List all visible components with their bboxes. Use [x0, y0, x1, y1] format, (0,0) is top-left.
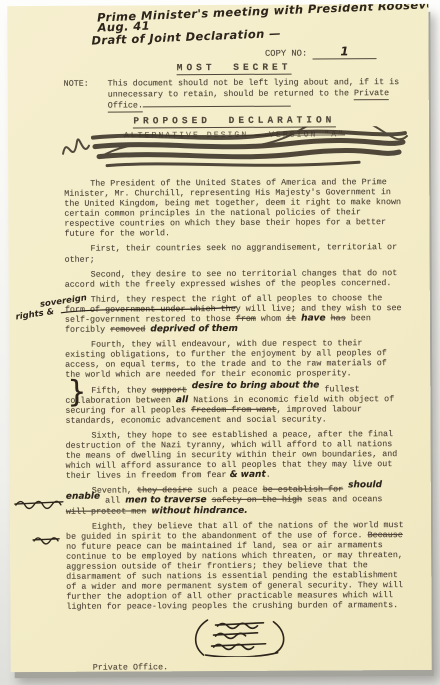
copy-no-label: COPY NO: [265, 49, 307, 59]
crossed-out-handwriting-scribble [181, 616, 293, 657]
paragraph-intro: The President of the United States of Am… [64, 177, 405, 239]
note-label: NOTE: [64, 79, 98, 110]
paragraph-fourth: Fourth, they will endeavour, with due re… [65, 338, 406, 380]
struck-margin-handwriting [14, 496, 64, 512]
ink-scribble-overlay [58, 126, 410, 176]
document-page: Prime Minister's meeting with President … [7, 4, 431, 672]
margin-bracket: } [41, 387, 86, 397]
illegible-margin-mark [32, 533, 60, 547]
crossed-out-handwriting [177, 616, 297, 660]
paragraph-eighth: Eighth, they believe that all of the nat… [66, 520, 407, 613]
insertion-sweep-line [59, 302, 239, 317]
note-text: This document should not be left lying a… [108, 77, 405, 110]
document-title: PROPOSED DECLARATION [64, 115, 405, 127]
footer-office-line: Private Office. [67, 661, 408, 672]
paragraph-first: First, their countries seek no aggrandis… [65, 242, 406, 264]
paragraph-sixth: Sixth, they hope to see established a pe… [65, 429, 406, 481]
copy-number-row: COPY NO: 1 [63, 46, 376, 61]
paragraph-fifth: } Fifth, they support desire to bring ab… [65, 384, 406, 426]
classification-stamp: MOST SECRET [64, 62, 405, 74]
paragraph-seventh: Seventh, they desire such a peace be est… [66, 484, 407, 516]
paragraph-third: sovereign rights & Third, they respect t… [65, 293, 406, 335]
obliterated-subtitle-block: ALTERNATIVE DESIGN — VERSION "A" [78, 130, 390, 172]
copy-number-blank: 1 [312, 46, 376, 59]
note-block: NOTE: This document should not be left l… [64, 77, 405, 110]
scanned-document-photo: { "document": { "annotations": { "header… [0, 0, 440, 685]
note-underline-rule [143, 98, 291, 107]
paragraph-second: Second, they desire to see no territoria… [65, 268, 406, 290]
copy-number-value: 1 [340, 45, 348, 59]
